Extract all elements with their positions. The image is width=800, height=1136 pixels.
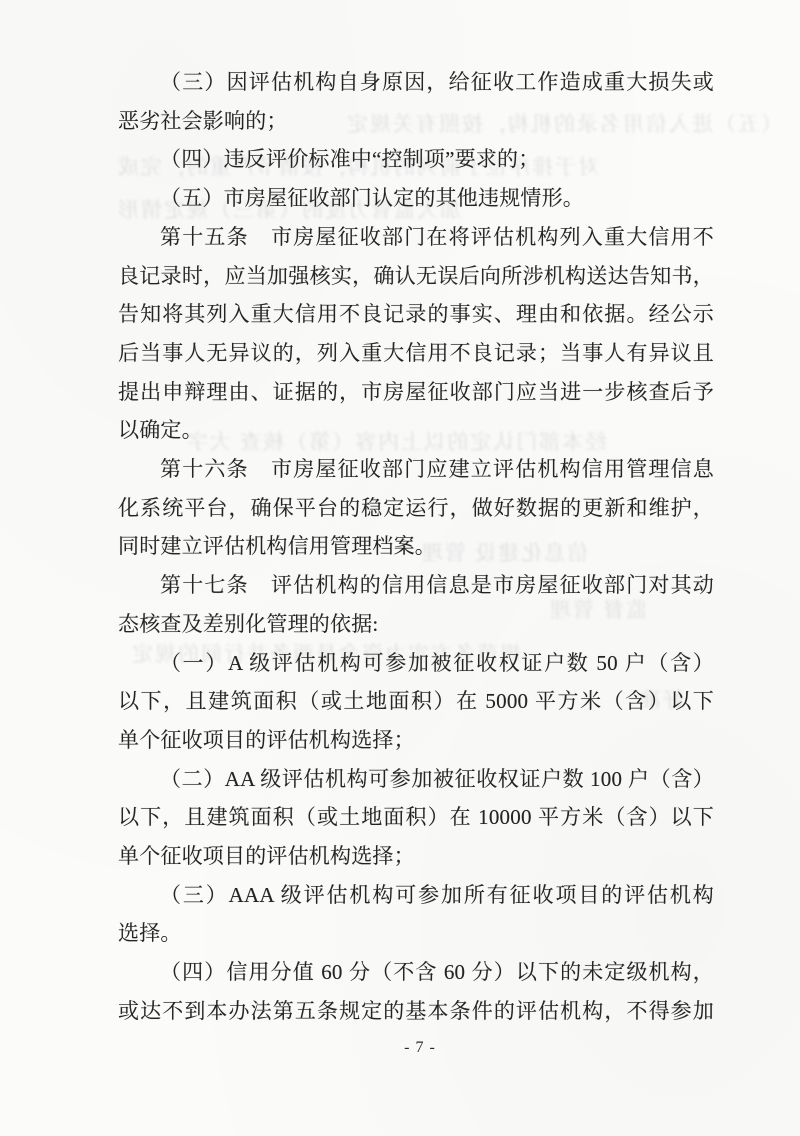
paragraph: 第十五条 市房屋征收部门在将评估机构列入重大信用不良记录时，应当加强核实，确认无… [118,218,714,450]
text-line: 以下，且建筑面积（或土地面积）在 5000 平方米（含）以下 [118,682,714,721]
text-line: （一）A 级评估机构可参加被征收权证户数 50 户（含） [118,644,714,683]
paragraph: （三）AAA 级评估机构可参加所有征收项目的评估机构选择。 [118,876,714,953]
text-line: 以确定。 [118,411,714,450]
text-line: （三）因评估机构自身原因，给征收工作造成重大损失或 [118,63,714,102]
text-line: 单个征收项目的评估机构选择； [118,721,714,760]
text-line: （四）信用分值 60 分（不含 60 分）以下的未定级机构， [118,953,714,992]
paragraph: 第十六条 市房屋征收部门应建立评估机构信用管理信息化系统平台，确保平台的稳定运行… [118,450,714,566]
text-line: 第十五条 市房屋征收部门在将评估机构列入重大信用不 [118,218,714,257]
text-line: 选择。 [118,914,714,953]
text-line: 恶劣社会影响的； [118,102,714,141]
document-body: （三）因评估机构自身原因，给征收工作造成重大损失或恶劣社会影响的；（四）违反评价… [118,63,714,1031]
text-line: （五）市房屋征收部门认定的其他违规情形。 [118,179,714,218]
paragraph: （四）信用分值 60 分（不含 60 分）以下的未定级机构，或达不到本办法第五条… [118,953,714,1030]
text-line: 第十六条 市房屋征收部门应建立评估机构信用管理信息 [118,450,714,489]
text-line: 单个征收项目的评估机构选择； [118,837,714,876]
paragraph: 第十七条 评估机构的信用信息是市房屋征收部门对其动态核查及差别化管理的依据: [118,566,714,643]
text-line: （二）AA 级评估机构可参加被征收权证户数 100 户（含） [118,760,714,799]
text-line: 提出申辩理由、证据的，市房屋征收部门应当进一步核查后予 [118,373,714,412]
document-page: （五）进入信用名录的机构，按照有关规定对于排序位于前列的机构，按情节严重的，完成… [0,0,800,1136]
text-line: 以下，且建筑面积（或土地面积）在 10000 平方米（含）以下 [118,798,714,837]
text-line: 化系统平台，确保平台的稳定运行，做好数据的更新和维护， [118,489,714,528]
text-line: 态核查及差别化管理的依据: [118,605,714,644]
text-line: 第十七条 评估机构的信用信息是市房屋征收部门对其动 [118,566,714,605]
text-line: 良记录时，应当加强核实，确认无误后向所涉机构送达告知书， [118,257,714,296]
text-line: 后当事人无异议的，列入重大信用不良记录；当事人有异议且 [118,334,714,373]
text-line: 告知将其列入重大信用不良记录的事实、理由和依据。经公示 [118,295,714,334]
text-line: 或达不到本办法第五条规定的基本条件的评估机构，不得参加 [118,992,714,1031]
paragraph: （四）违反评价标准中“控制项”要求的； [118,140,714,179]
paragraph: （五）市房屋征收部门认定的其他违规情形。 [118,179,714,218]
text-line: （四）违反评价标准中“控制项”要求的； [118,140,714,179]
paragraph: （二）AA 级评估机构可参加被征收权证户数 100 户（含）以下，且建筑面积（或… [118,760,714,876]
text-line: （三）AAA 级评估机构可参加所有征收项目的评估机构 [118,876,714,915]
paragraph: （一）A 级评估机构可参加被征收权证户数 50 户（含）以下，且建筑面积（或土地… [118,644,714,760]
paragraph: （三）因评估机构自身原因，给征收工作造成重大损失或恶劣社会影响的； [118,63,714,140]
text-line: 同时建立评估机构信用管理档案。 [118,527,714,566]
page-number: - 7 - [20,1039,800,1057]
